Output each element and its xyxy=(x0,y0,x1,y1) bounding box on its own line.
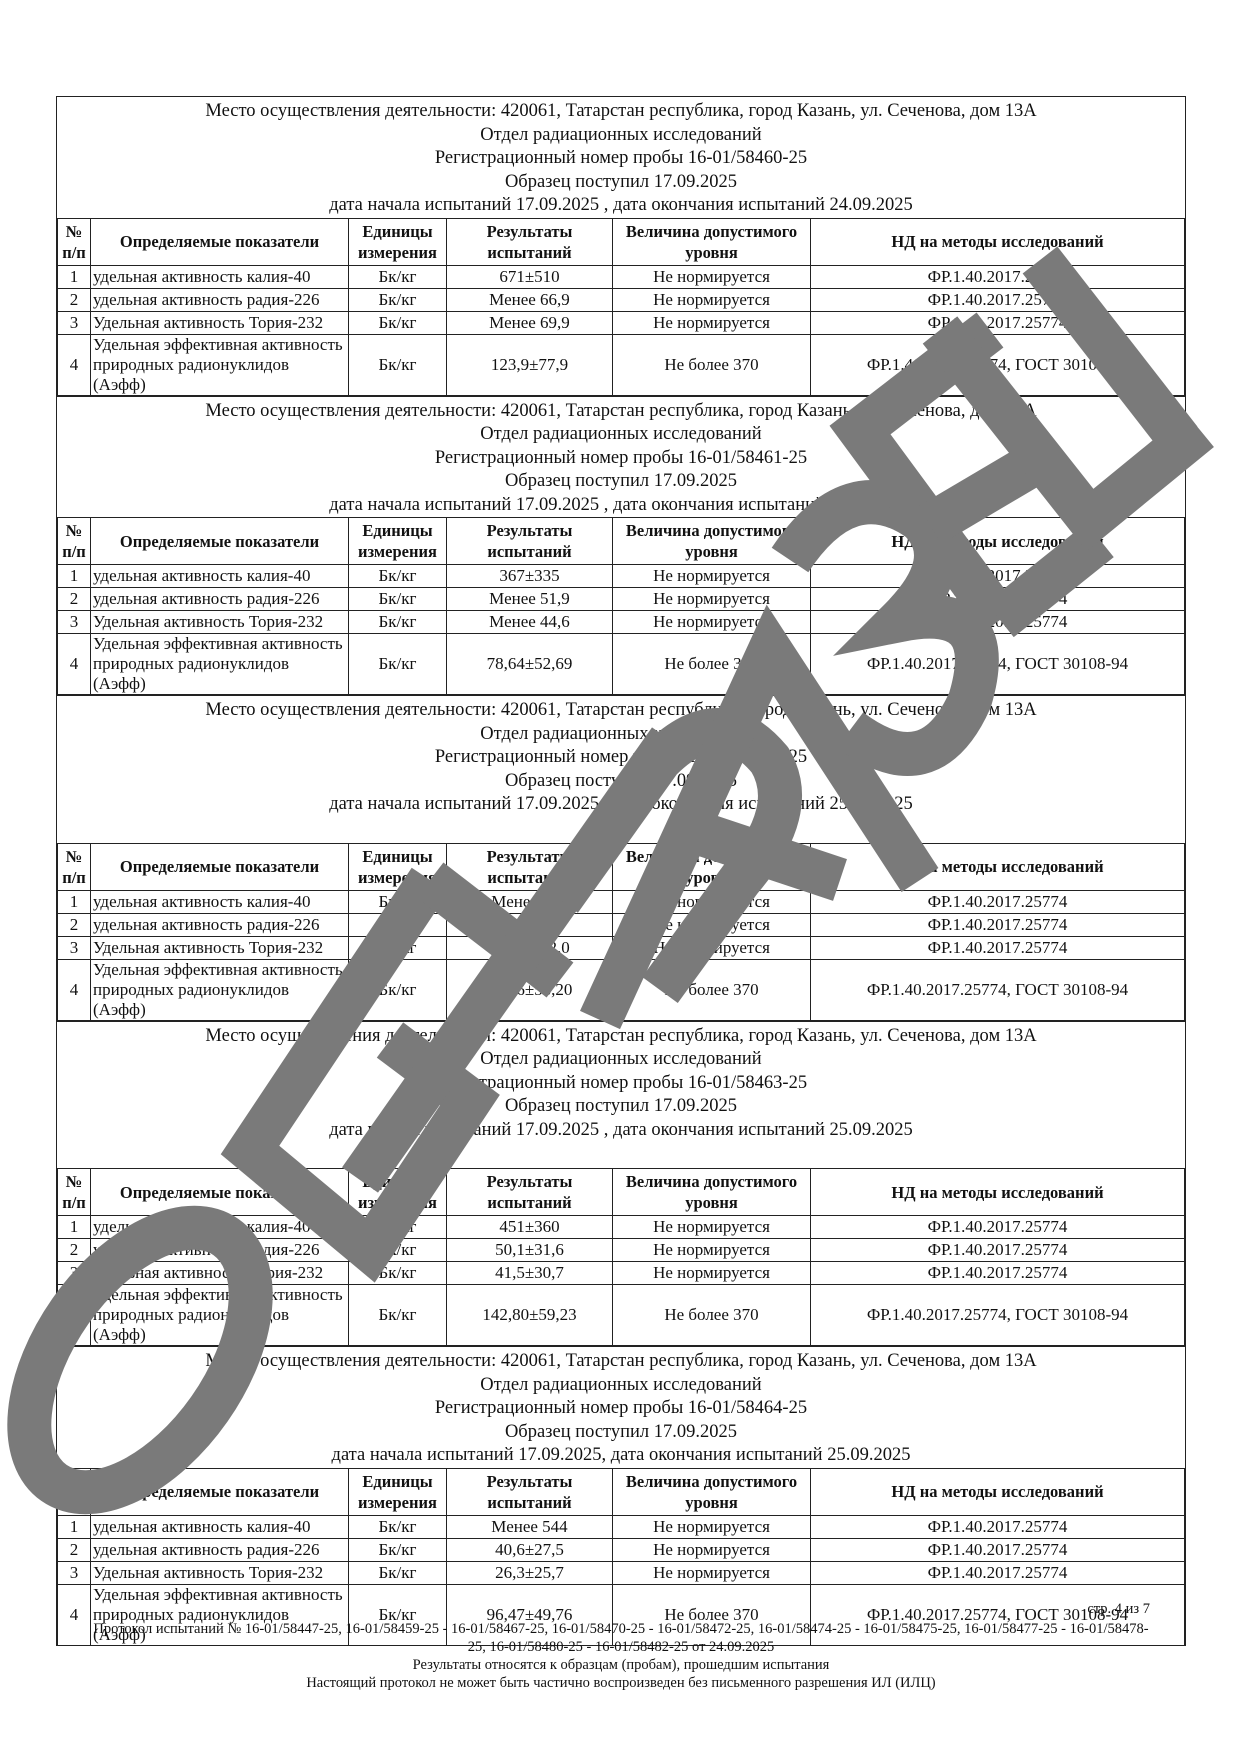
col-method: НД на методы исследований xyxy=(811,1468,1185,1515)
indicator-name: Удельная активность Тория-232 xyxy=(91,936,349,959)
col-method: НД на методы исследований xyxy=(811,218,1185,265)
limit-value: Не нормируется xyxy=(613,1515,811,1538)
result-value: 78,64±52,69 xyxy=(447,634,613,695)
sample-received-date: Образец поступил 17.09.2025 xyxy=(57,1421,1185,1445)
indicator-name: Удельная эффективная активность природны… xyxy=(91,1285,349,1346)
sample-received-date: Образец поступил 17.09.2025 xyxy=(57,1095,1185,1119)
col-units: Единицы измерения xyxy=(349,1169,447,1216)
unit-value: Бк/кг xyxy=(349,1515,447,1538)
result-value: 43,3±32,6 xyxy=(447,913,613,936)
limit-value: Не нормируется xyxy=(613,913,811,936)
col-limit: Величина допустимого уровня xyxy=(613,518,811,565)
result-value: 142,80±59,23 xyxy=(447,1285,613,1346)
limit-value: Не нормируется xyxy=(613,1262,811,1285)
limit-value: Не более 370 xyxy=(613,1285,811,1346)
protocol-reference: Протокол испытаний № 16-01/58447-25, 16-… xyxy=(56,1620,1186,1656)
test-dates: дата начала испытаний 17.09.2025, дата о… xyxy=(57,1444,1185,1468)
table-row: 2удельная активность радия-226Бк/кгМенее… xyxy=(58,588,1185,611)
registration-number: Регистрационный номер пробы 16-01/58460-… xyxy=(57,147,1185,171)
col-indicator: Определяемые показатели xyxy=(91,1468,349,1515)
sample-header: Место осуществления деятельности: 420061… xyxy=(57,695,1185,843)
table-row: 2удельная активность радия-226Бк/кг50,1±… xyxy=(58,1239,1185,1262)
registration-number: Регистрационный номер пробы 16-01/58462-… xyxy=(57,746,1185,770)
table-row: 3Удельная активность Тория-232Бк/кгМенее… xyxy=(58,936,1185,959)
row-number: 1 xyxy=(58,890,91,913)
col-results: Результаты испытаний xyxy=(447,518,613,565)
indicator-name: удельная активность радия-226 xyxy=(91,588,349,611)
indicator-name: удельная активность калия-40 xyxy=(91,1216,349,1239)
table-header-row: № п/пОпределяемые показателиЕдиницы изме… xyxy=(58,518,1185,565)
unit-value: Бк/кг xyxy=(349,611,447,634)
table-row: 1удельная активность калия-40Бк/кг671±51… xyxy=(58,265,1185,288)
row-number: 2 xyxy=(58,1239,91,1262)
results-table: № п/пОпределяемые показателиЕдиницы изме… xyxy=(57,218,1185,396)
sample-received-date: Образец поступил 17.09.2025 xyxy=(57,770,1185,794)
row-number: 2 xyxy=(58,288,91,311)
results-table: № п/пОпределяемые показателиЕдиницы изме… xyxy=(57,517,1185,695)
activity-location: Место осуществления деятельности: 420061… xyxy=(57,1350,1185,1374)
table-row: 4Удельная эффективная активность природн… xyxy=(58,334,1185,395)
unit-value: Бк/кг xyxy=(349,265,447,288)
method-value: ФР.1.40.2017.25774, ГОСТ 30108-94 xyxy=(811,959,1185,1020)
method-value: ФР.1.40.2017.25774 xyxy=(811,311,1185,334)
row-number: 4 xyxy=(58,1285,91,1346)
table-row: 2удельная активность радия-226Бк/кгМенее… xyxy=(58,288,1185,311)
table-row: 2удельная активность радия-226Бк/кг40,6±… xyxy=(58,1538,1185,1561)
indicator-name: удельная активность радия-226 xyxy=(91,1538,349,1561)
row-number: 3 xyxy=(58,1262,91,1285)
table-row: 3Удельная активность Тория-232Бк/кг41,5±… xyxy=(58,1262,1185,1285)
sample-received-date: Образец поступил 17.09.2025 xyxy=(57,171,1185,195)
limit-value: Не нормируется xyxy=(613,265,811,288)
registration-number: Регистрационный номер пробы 16-01/58461-… xyxy=(57,447,1185,471)
limit-value: Не нормируется xyxy=(613,288,811,311)
department-name: Отдел радиационных исследований xyxy=(57,1374,1185,1398)
unit-value: Бк/кг xyxy=(349,1538,447,1561)
limit-value: Не нормируется xyxy=(613,565,811,588)
row-number: 4 xyxy=(58,959,91,1020)
indicator-name: удельная активность калия-40 xyxy=(91,265,349,288)
sample-section: Место осуществления деятельности: 420061… xyxy=(56,1021,1186,1347)
limit-value: Не нормируется xyxy=(613,1239,811,1262)
method-value: ФР.1.40.2017.25774 xyxy=(811,265,1185,288)
indicator-name: Удельная активность Тория-232 xyxy=(91,1262,349,1285)
table-row: 4Удельная эффективная активность природн… xyxy=(58,634,1185,695)
limit-value: Не нормируется xyxy=(613,1538,811,1561)
table-row: 4Удельная эффективная активность природн… xyxy=(58,1285,1185,1346)
row-number: 1 xyxy=(58,1216,91,1239)
unit-value: Бк/кг xyxy=(349,311,447,334)
test-dates: дата начала испытаний 17.09.2025 , дата … xyxy=(57,1119,1185,1143)
indicator-name: удельная активность радия-226 xyxy=(91,1239,349,1262)
col-results: Результаты испытаний xyxy=(447,218,613,265)
row-number: 2 xyxy=(58,913,91,936)
result-value: Менее 66,9 xyxy=(447,288,613,311)
indicator-name: удельная активность радия-226 xyxy=(91,913,349,936)
unit-value: Бк/кг xyxy=(349,1262,447,1285)
limit-value: Не нормируется xyxy=(613,936,811,959)
table-header-row: № п/пОпределяемые показателиЕдиницы изме… xyxy=(58,1169,1185,1216)
result-value: 26,3±25,7 xyxy=(447,1561,613,1584)
table-row: 1удельная активность калия-40Бк/кгМенее … xyxy=(58,890,1185,913)
unit-value: Бк/кг xyxy=(349,890,447,913)
spacer xyxy=(57,1142,1185,1168)
table-row: 1удельная активность калия-40Бк/кг451±36… xyxy=(58,1216,1185,1239)
department-name: Отдел радиационных исследований xyxy=(57,124,1185,148)
result-value: Менее 44,6 xyxy=(447,611,613,634)
col-units: Единицы измерения xyxy=(349,843,447,890)
col-number: № п/п xyxy=(58,1169,91,1216)
col-results: Результаты испытаний xyxy=(447,843,613,890)
sample-section: Место осуществления деятельности: 420061… xyxy=(56,695,1186,1021)
method-value: ФР.1.40.2017.25774 xyxy=(811,913,1185,936)
row-number: 1 xyxy=(58,565,91,588)
result-value: Менее 51,9 xyxy=(447,588,613,611)
unit-value: Бк/кг xyxy=(349,1285,447,1346)
table-row: 2удельная активность радия-226Бк/кг43,3±… xyxy=(58,913,1185,936)
col-limit: Величина допустимого уровня xyxy=(613,218,811,265)
col-method: НД на методы исследований xyxy=(811,1169,1185,1216)
limit-value: Не нормируется xyxy=(613,1216,811,1239)
sample-header: Место осуществления деятельности: 420061… xyxy=(57,1346,1185,1468)
row-number: 4 xyxy=(58,334,91,395)
indicator-name: Удельная эффективная активность природны… xyxy=(91,959,349,1020)
result-value: 50,1±31,6 xyxy=(447,1239,613,1262)
row-number: 3 xyxy=(58,311,91,334)
col-method: НД на методы исследований xyxy=(811,843,1185,890)
result-value: 89,46±58,20 xyxy=(447,959,613,1020)
unit-value: Бк/кг xyxy=(349,913,447,936)
indicator-name: Удельная эффективная активность природны… xyxy=(91,334,349,395)
col-results: Результаты испытаний xyxy=(447,1468,613,1515)
col-limit: Величина допустимого уровня xyxy=(613,1169,811,1216)
table-row: 3Удельная активность Тория-232Бк/кгМенее… xyxy=(58,611,1185,634)
indicator-name: удельная активность радия-226 xyxy=(91,288,349,311)
result-value: Менее 69,9 xyxy=(447,311,613,334)
activity-location: Место осуществления деятельности: 420061… xyxy=(57,699,1185,723)
col-number: № п/п xyxy=(58,518,91,565)
page-footer: стр. 4 из 7 Протокол испытаний № 16-01/5… xyxy=(56,1600,1186,1692)
unit-value: Бк/кг xyxy=(349,288,447,311)
indicator-name: Удельная активность Тория-232 xyxy=(91,311,349,334)
row-number: 3 xyxy=(58,936,91,959)
result-value: 671±510 xyxy=(447,265,613,288)
result-value: 367±335 xyxy=(447,565,613,588)
test-dates: дата начала испытаний 17.09.2025 , дата … xyxy=(57,194,1185,218)
col-indicator: Определяемые показатели xyxy=(91,218,349,265)
limit-value: Не нормируется xyxy=(613,311,811,334)
col-limit: Величина допустимого уровня xyxy=(613,1468,811,1515)
method-value: ФР.1.40.2017.25774 xyxy=(811,1538,1185,1561)
activity-location: Место осуществления деятельности: 420061… xyxy=(57,400,1185,424)
method-value: ФР.1.40.2017.25774 xyxy=(811,588,1185,611)
method-value: ФР.1.40.2017.25774, ГОСТ 30108-94 xyxy=(811,634,1185,695)
method-value: ФР.1.40.2017.25774 xyxy=(811,1216,1185,1239)
row-number: 1 xyxy=(58,1515,91,1538)
method-value: ФР.1.40.2017.25774 xyxy=(811,1239,1185,1262)
sample-header: Место осуществления деятельности: 420061… xyxy=(57,1021,1185,1169)
row-number: 3 xyxy=(58,1561,91,1584)
unit-value: Бк/кг xyxy=(349,565,447,588)
results-note: Результаты относятся к образцам (пробам)… xyxy=(56,1656,1186,1674)
table-header-row: № п/пОпределяемые показателиЕдиницы изме… xyxy=(58,843,1185,890)
col-number: № п/п xyxy=(58,1468,91,1515)
col-units: Единицы измерения xyxy=(349,1468,447,1515)
table-row: 1удельная активность калия-40Бк/кг367±33… xyxy=(58,565,1185,588)
col-limit: Величина допустимого уровня xyxy=(613,843,811,890)
row-number: 2 xyxy=(58,588,91,611)
indicator-name: удельная активность калия-40 xyxy=(91,565,349,588)
reproduction-note: Настоящий протокол не может быть частичн… xyxy=(56,1674,1186,1692)
test-dates: дата начала испытаний 17.09.2025 , дата … xyxy=(57,793,1185,817)
sample-header: Место осуществления деятельности: 420061… xyxy=(57,396,1185,518)
col-method: НД на методы исследований xyxy=(811,518,1185,565)
method-value: ФР.1.40.2017.25774 xyxy=(811,565,1185,588)
col-indicator: Определяемые показатели xyxy=(91,518,349,565)
method-value: ФР.1.40.2017.25774 xyxy=(811,611,1185,634)
indicator-name: Удельная активность Тория-232 xyxy=(91,1561,349,1584)
row-number: 4 xyxy=(58,634,91,695)
unit-value: Бк/кг xyxy=(349,588,447,611)
result-value: 451±360 xyxy=(447,1216,613,1239)
table-row: 4Удельная эффективная активность природн… xyxy=(58,959,1185,1020)
method-value: ФР.1.40.2017.25774 xyxy=(811,890,1185,913)
protocol-page: Место осуществления деятельности: 420061… xyxy=(56,96,1186,1646)
unit-value: Бк/кг xyxy=(349,634,447,695)
activity-location: Место осуществления деятельности: 420061… xyxy=(57,100,1185,124)
table-row: 3Удельная активность Тория-232Бк/кг26,3±… xyxy=(58,1561,1185,1584)
unit-value: Бк/кг xyxy=(349,334,447,395)
col-indicator: Определяемые показатели xyxy=(91,1169,349,1216)
indicator-name: удельная активность калия-40 xyxy=(91,890,349,913)
spacer xyxy=(57,817,1185,843)
result-value: Менее 544 xyxy=(447,1515,613,1538)
indicator-name: удельная активность калия-40 xyxy=(91,1515,349,1538)
col-indicator: Определяемые показатели xyxy=(91,843,349,890)
method-value: ФР.1.40.2017.25774 xyxy=(811,288,1185,311)
unit-value: Бк/кг xyxy=(349,1561,447,1584)
sample-received-date: Образец поступил 17.09.2025 xyxy=(57,470,1185,494)
row-number: 1 xyxy=(58,265,91,288)
limit-value: Не нормируется xyxy=(613,588,811,611)
limit-value: Не нормируется xyxy=(613,890,811,913)
sample-header: Место осуществления деятельности: 420061… xyxy=(57,96,1185,218)
indicator-name: Удельная активность Тория-232 xyxy=(91,611,349,634)
row-number: 2 xyxy=(58,1538,91,1561)
unit-value: Бк/кг xyxy=(349,1239,447,1262)
limit-value: Не более 370 xyxy=(613,334,811,395)
registration-number: Регистрационный номер пробы 16-01/58463-… xyxy=(57,1072,1185,1096)
col-number: № п/п xyxy=(58,218,91,265)
results-table: № п/пОпределяемые показателиЕдиницы изме… xyxy=(57,843,1185,1021)
col-number: № п/п xyxy=(58,843,91,890)
limit-value: Не нормируется xyxy=(613,611,811,634)
test-dates: дата начала испытаний 17.09.2025 , дата … xyxy=(57,494,1185,518)
result-value: Менее 541 xyxy=(447,890,613,913)
result-value: Менее 52,0 xyxy=(447,936,613,959)
method-value: ФР.1.40.2017.25774 xyxy=(811,1561,1185,1584)
method-value: ФР.1.40.2017.25774, ГОСТ 30108-94 xyxy=(811,1285,1185,1346)
table-row: 1удельная активность калия-40Бк/кгМенее … xyxy=(58,1515,1185,1538)
result-value: 41,5±30,7 xyxy=(447,1262,613,1285)
registration-number: Регистрационный номер пробы 16-01/58464-… xyxy=(57,1397,1185,1421)
sample-section: Место осуществления деятельности: 420061… xyxy=(56,396,1186,696)
department-name: Отдел радиационных исследований xyxy=(57,423,1185,447)
activity-location: Место осуществления деятельности: 420061… xyxy=(57,1025,1185,1049)
method-value: ФР.1.40.2017.25774, ГОСТ 30108-94 xyxy=(811,334,1185,395)
method-value: ФР.1.40.2017.25774 xyxy=(811,1262,1185,1285)
results-table: № п/пОпределяемые показателиЕдиницы изме… xyxy=(57,1168,1185,1346)
indicator-name: Удельная эффективная активность природны… xyxy=(91,634,349,695)
page-number: стр. 4 из 7 xyxy=(56,1600,1186,1618)
sample-section: Место осуществления деятельности: 420061… xyxy=(56,96,1186,396)
table-row: 3Удельная активность Тория-232Бк/кгМенее… xyxy=(58,311,1185,334)
result-value: 123,9±77,9 xyxy=(447,334,613,395)
limit-value: Не более 370 xyxy=(613,634,811,695)
department-name: Отдел радиационных исследований xyxy=(57,1048,1185,1072)
table-header-row: № п/пОпределяемые показателиЕдиницы изме… xyxy=(58,218,1185,265)
method-value: ФР.1.40.2017.25774 xyxy=(811,936,1185,959)
limit-value: Не нормируется xyxy=(613,1561,811,1584)
col-units: Единицы измерения xyxy=(349,518,447,565)
unit-value: Бк/кг xyxy=(349,1216,447,1239)
unit-value: Бк/кг xyxy=(349,959,447,1020)
result-value: 40,6±27,5 xyxy=(447,1538,613,1561)
method-value: ФР.1.40.2017.25774 xyxy=(811,1515,1185,1538)
row-number: 3 xyxy=(58,611,91,634)
unit-value: Бк/кг xyxy=(349,936,447,959)
table-header-row: № п/пОпределяемые показателиЕдиницы изме… xyxy=(58,1468,1185,1515)
department-name: Отдел радиационных исследований xyxy=(57,723,1185,747)
limit-value: Не более 370 xyxy=(613,959,811,1020)
col-results: Результаты испытаний xyxy=(447,1169,613,1216)
col-units: Единицы измерения xyxy=(349,218,447,265)
